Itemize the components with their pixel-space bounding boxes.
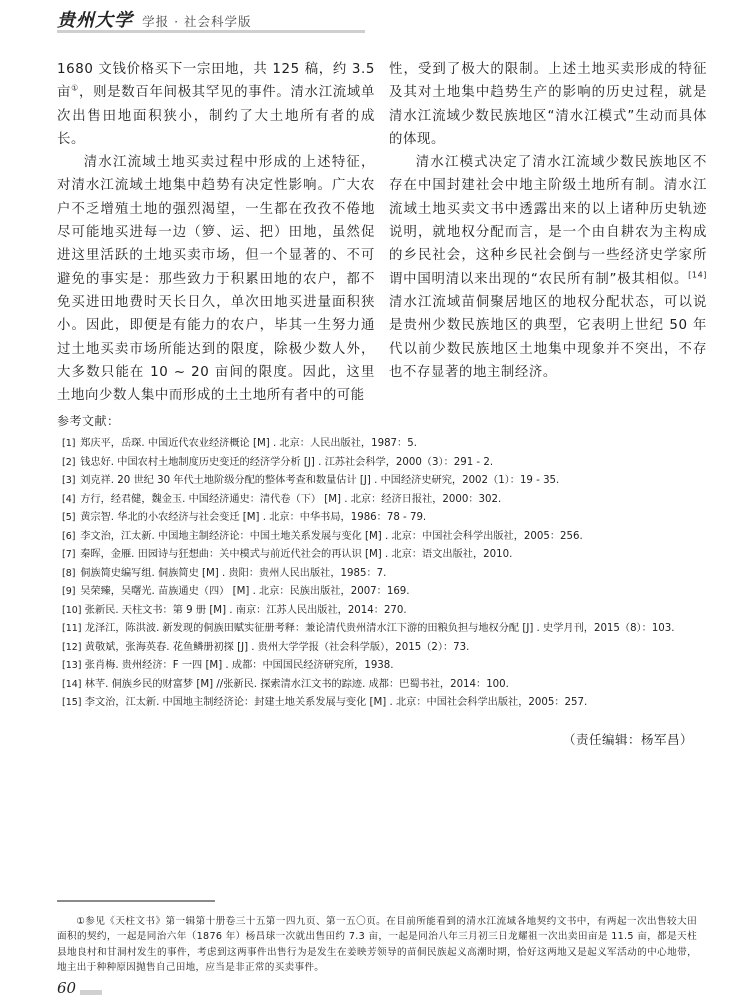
references-title: 参考文献： (57, 412, 697, 429)
reference-item: [14] 林芊. 侗族乡民的财富梦 [M] //张新民. 探索清水江文书的踪迹.… (62, 676, 697, 695)
paragraph: 1680 文钱价格买下一宗田地，共 125 稿，约 3.5 亩①，则是数百年间极… (57, 58, 375, 151)
reference-item: [3] 刘克祥. 20 世纪 30 年代土地阶级分配的整体考查和数量估计 [J]… (62, 472, 697, 491)
reference-item: [4] 方行，经君健，魏金玉. 中国经济通史：清代卷（下） [M] . 北京：经… (62, 491, 697, 510)
header-rule (57, 30, 365, 33)
journal-title: 学报 · 社会科学版 (142, 14, 251, 29)
journal-header: 贵州大学 学报 · 社会科学版 (57, 6, 367, 34)
page-number-bar (80, 990, 102, 995)
body-column-right: 性，受到了极大的限制。上述土地买卖形成的特征及其对土地集中趋势生产的影响的历史过… (389, 58, 707, 384)
references-section: 参考文献： [1] 郑庆平，岳琛. 中国近代农业经济概论 [M] . 北京：人民… (57, 412, 697, 713)
responsible-editor: （责任编辑：杨军昌） (563, 730, 693, 748)
page-number: 60 (57, 979, 76, 997)
footnote: ①参见《天柱文书》第一辑第十册卷三十五第一四九页、第一五〇页。在目前所能看到的清… (57, 914, 697, 975)
reference-item: [2] 钱忠好. 中国农村土地制度历史变迁的经济学分析 [J] . 江苏社会科学… (62, 454, 697, 473)
reference-item: [9] 吴荣臻，吴曙光. 苗族通史（四） [M] . 北京：民族出版社，2007… (62, 583, 697, 602)
reference-item: [12] 黄敬斌，张海英春. 花鱼鳞册初探 [J] . 贵州大学学报（社会科学版… (62, 639, 697, 658)
reference-item: [13] 张肖梅. 贵州经济：F 一四 [M] . 成都：中国国民经济研究所，1… (62, 657, 697, 676)
reference-item: [8] 侗族简史编写组. 侗族简史 [M] . 贵阳：贵州人民出版社，1985：… (62, 565, 697, 584)
footnote-text: ①参见《天柱文书》第一辑第十册卷三十五第一四九页、第一五〇页。在目前所能看到的清… (57, 914, 697, 975)
footnote-rule (57, 900, 215, 902)
reference-item: [10] 张新民. 天柱文书：第 9 册 [M] . 南京：江苏人民出版社，20… (62, 602, 697, 621)
reference-item: [15] 李文治，江太新. 中国地主制经济论：封建土地关系发展与变化 [M] .… (62, 694, 697, 713)
paragraph: 清水江模式决定了清水江流域少数民族地区不存在中国封建社会中地主阶级土地所有制。清… (389, 151, 707, 384)
reference-item: [7] 秦晖，金雁. 田园诗与狂想曲：关中模式与前近代社会的再认识 [M] . … (62, 546, 697, 565)
reference-item: [11] 龙泽江，陈洪波. 新发现的侗族田赋实征册考释：兼论清代贵州清水江下游的… (62, 620, 697, 639)
paragraph: 清水江流域土地买卖过程中形成的上述特征，对清水江流域土地集中趋势有决定性影响。广… (57, 151, 375, 407)
footnote-marker[interactable]: ① (71, 84, 79, 93)
reference-item: [5] 黄宗智. 华北的小农经济与社会变迁 [M] . 北京：中华书局，1986… (62, 509, 697, 528)
reference-item: [6] 李文治，江太新. 中国地主制经济论：中国土地关系发展与变化 [M] . … (62, 528, 697, 547)
university-logo: 贵州大学 (57, 10, 133, 31)
paragraph: 性，受到了极大的限制。上述土地买卖形成的特征及其对土地集中趋势生产的影响的历史过… (389, 58, 707, 151)
reference-item: [1] 郑庆平，岳琛. 中国近代农业经济概论 [M] . 北京：人民出版社，19… (62, 435, 697, 454)
citation-marker[interactable]: [14] (688, 270, 707, 279)
body-column-left: 1680 文钱价格买下一宗田地，共 125 稿，约 3.5 亩①，则是数百年间极… (57, 58, 375, 407)
references-list: [1] 郑庆平，岳琛. 中国近代农业经济概论 [M] . 北京：人民出版社，19… (57, 435, 697, 713)
